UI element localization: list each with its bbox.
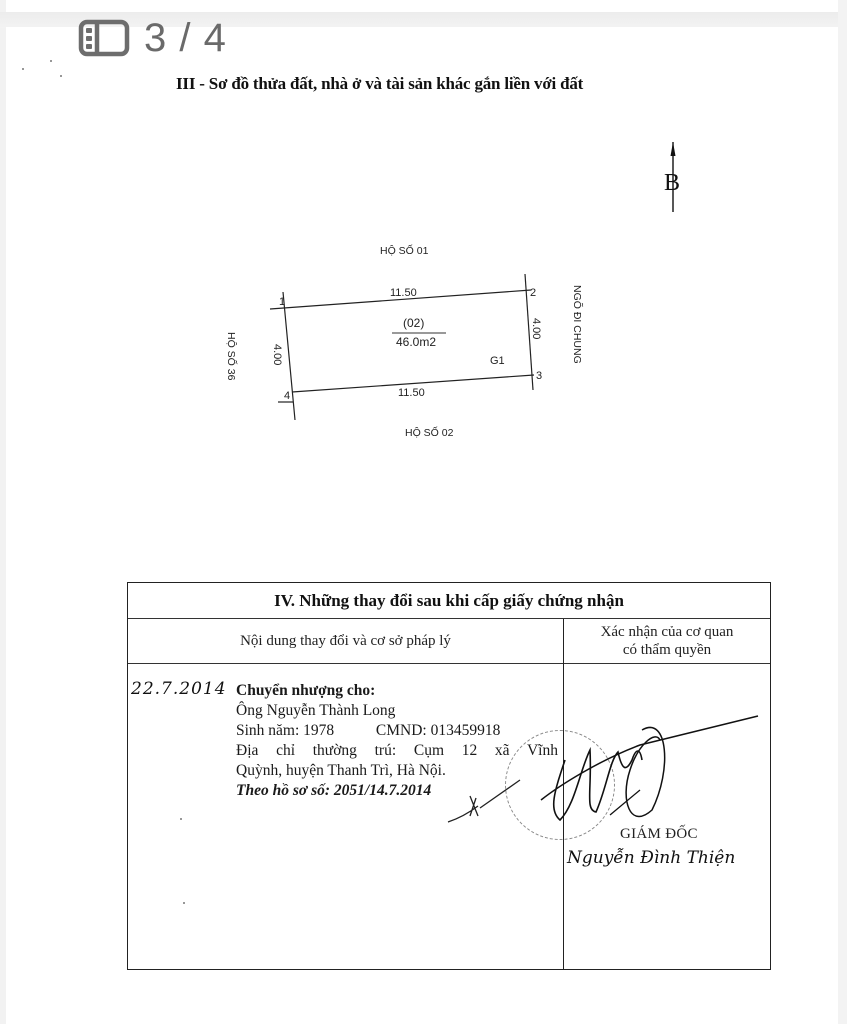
handwritten-date: 22.7.2014 — [131, 679, 227, 699]
changes-table: IV. Những thay đổi sau khi cấp giấy chứn… — [127, 582, 771, 970]
section-3-title: III - Sơ đồ thửa đất, nhà ở và tài sản k… — [176, 74, 583, 94]
section-4-title: IV. Những thay đổi sau khi cấp giấy chứn… — [128, 583, 770, 619]
header-divider — [128, 663, 770, 664]
entry-birth-id: Sinh năm: 1978 CMND: 013459918 — [236, 721, 558, 741]
page-counter: 3 / 4 — [144, 18, 227, 58]
entry-title: Chuyển nhượng cho: — [236, 681, 558, 701]
scan-speck — [22, 68, 24, 70]
previous-page-edge — [6, 0, 838, 12]
approver-name: Nguyễn Đình Thiện — [567, 848, 735, 868]
entry-birth: Sinh năm: 1978 — [236, 722, 334, 739]
scan-speck — [50, 60, 52, 62]
scan-speck — [60, 75, 62, 77]
north-label: B — [664, 170, 680, 196]
column-header-approval-line1: Xác nhận của cơ quan — [601, 623, 734, 641]
entry-owner: Ông Nguyễn Thành Long — [236, 701, 558, 721]
column-header-approval: Xác nhận của cơ quan có thẩm quyền — [564, 619, 770, 663]
entry-address-line1: Địa chỉ thường trú: Cụm 12 xã Vĩnh — [236, 741, 558, 761]
scan-speck — [180, 818, 182, 820]
column-header-content: Nội dung thay đổi và cơ sở pháp lý — [128, 619, 563, 663]
north-arrow-icon: B — [660, 140, 690, 215]
scan-speck — [183, 902, 185, 904]
viewer-gutter — [838, 0, 847, 1024]
official-stamp — [505, 730, 615, 840]
approver-position: GIÁM ĐỐC — [620, 826, 698, 843]
entry-id-number: CMND: 013459918 — [376, 722, 500, 739]
column-header-approval-line2: có thẩm quyền — [623, 641, 711, 659]
sidebar-panel-icon[interactable] — [78, 19, 130, 57]
page-indicator[interactable]: 3 / 4 — [78, 16, 227, 60]
